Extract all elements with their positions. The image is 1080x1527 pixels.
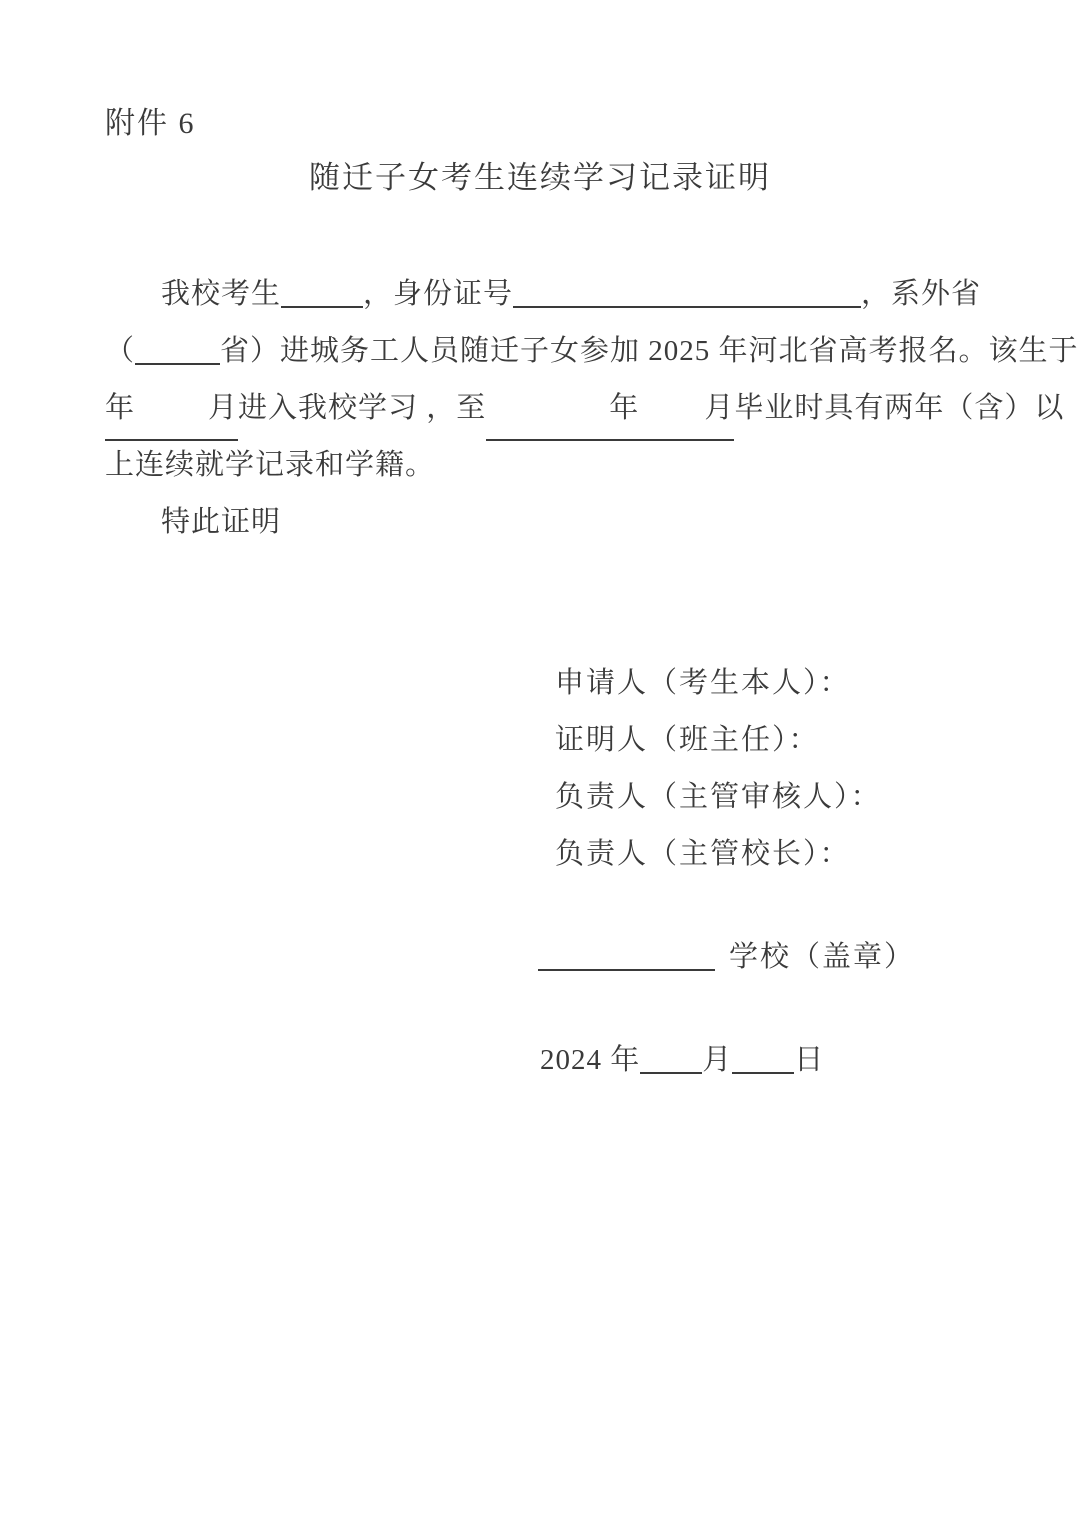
school-seal-label: 学校（盖章） bbox=[729, 941, 915, 973]
school-seal-line: 学校（盖章） bbox=[538, 929, 975, 986]
signature-block: 申请人（考生本人）： 证明人（班主任）： 负责人（主管审核人）： 负责人（主管校… bbox=[555, 655, 975, 883]
graduate-year-label: 年 bbox=[609, 392, 639, 424]
document-title: 随迁子女考生连续学习记录证明 bbox=[105, 156, 975, 200]
day-label: 日 bbox=[794, 1044, 824, 1076]
graduate-year-month-underline: 年月 bbox=[486, 380, 734, 441]
candidate-prefix-text: 我校考生 bbox=[161, 278, 281, 310]
graduation-condition-text: 毕业时具有两年（含）以 bbox=[734, 392, 1064, 424]
open-paren-text: （ bbox=[105, 335, 135, 367]
reviewer-signature-label: 负责人（主管审核人）： bbox=[555, 769, 975, 826]
closing-statement: 特此证明 bbox=[105, 494, 975, 551]
principal-signature-label: 负责人（主管校长）： bbox=[555, 826, 975, 883]
enroll-year-month-underline: 年月 bbox=[105, 380, 238, 441]
candidate-name-blank bbox=[281, 278, 363, 308]
migrant-worker-text: 省）进城务工人员随迁子女参加 2025 年河北省高考报名。该生于 bbox=[220, 335, 1079, 367]
applicant-signature-label: 申请人（考生本人）： bbox=[555, 655, 975, 712]
month-blank bbox=[640, 1044, 702, 1074]
id-number-blank bbox=[513, 278, 861, 308]
certifier-signature-label: 证明人（班主任）： bbox=[555, 712, 975, 769]
body-paragraph: 我校考生，身份证号，系外省 （省）进城务工人员随迁子女参加 2025 年河北省高… bbox=[105, 266, 975, 494]
enroll-month-label: 月 bbox=[208, 392, 238, 424]
paragraph-line-4: 上连续就学记录和学籍。 bbox=[105, 437, 975, 494]
paragraph-line-3: 年月进入我校学习 ，至年月毕业时具有两年（含）以 bbox=[105, 380, 975, 437]
day-blank bbox=[732, 1044, 794, 1074]
enter-school-text: 进入我校学习 ，至 bbox=[238, 392, 486, 424]
out-of-province-text: ，系外省 bbox=[861, 278, 981, 310]
province-blank bbox=[135, 335, 220, 365]
date-line: 2024 年月日 bbox=[540, 1032, 975, 1089]
paragraph-line-1: 我校考生，身份证号，系外省 bbox=[105, 266, 975, 323]
school-name-blank bbox=[538, 941, 715, 971]
enroll-year-label: 年 bbox=[105, 392, 135, 424]
paragraph-line-2: （省）进城务工人员随迁子女参加 2025 年河北省高考报名。该生于 bbox=[105, 323, 975, 380]
graduate-month-label: 月 bbox=[704, 392, 734, 424]
month-label: 月 bbox=[702, 1044, 732, 1076]
document-page: 附件 6 随迁子女考生连续学习记录证明 我校考生，身份证号，系外省 （省）进城务… bbox=[0, 0, 1080, 1527]
continuous-record-text: 上连续就学记录和学籍。 bbox=[105, 449, 435, 481]
year-label: 2024 年 bbox=[540, 1044, 640, 1076]
attachment-label: 附件 6 bbox=[105, 0, 975, 142]
id-number-label-text: ，身份证号 bbox=[363, 278, 513, 310]
